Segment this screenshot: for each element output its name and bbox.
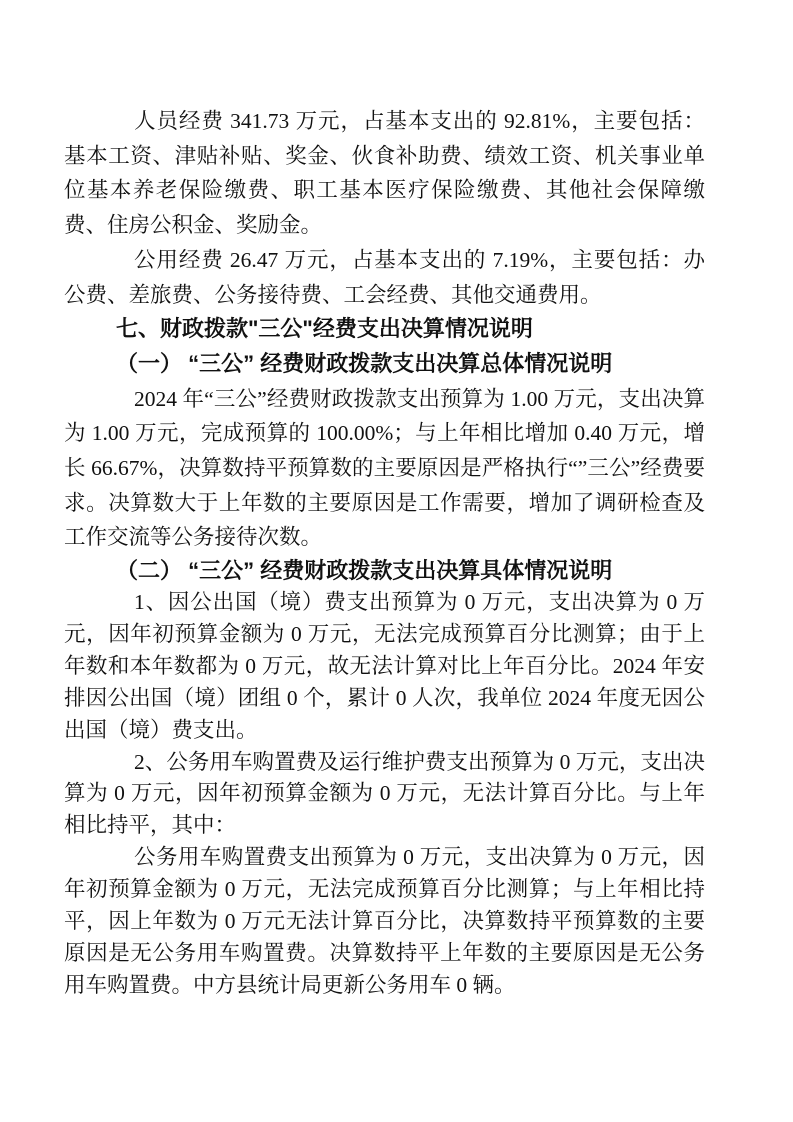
document-content: 人员经费 341.73 万元，占基本支出的 92.81%，主要包括：基本工资、津…	[64, 104, 705, 1002]
para-public-expense: 公用经费 26.47 万元，占基本支出的 7.19%，主要包括：办公费、差旅费、…	[64, 243, 705, 312]
para-official-vehicles: 2、公务用车购置费及运行维护费支出预算为 0 万元，支出决算为 0 万元，因年初…	[64, 747, 705, 843]
document-page: 人员经费 341.73 万元，占基本支出的 92.81%，主要包括：基本工资、津…	[0, 0, 793, 1122]
para-three-public-overview: 2024 年“三公”经费财政拨款支出预算为 1.00 万元，支出决算为 1.00…	[64, 382, 705, 556]
para-overseas-trips: 1、因公出国（境）费支出预算为 0 万元，支出决算为 0 万元，因年初预算金额为…	[64, 587, 705, 747]
heading-subsection-one: （一） “三公” 经费财政拨款支出决算总体情况说明	[64, 347, 705, 382]
para-vehicle-purchase: 公务用车购置费支出预算为 0 万元，支出决算为 0 万元，因年初预算金额为 0 …	[64, 842, 705, 1002]
heading-subsection-two: （二） “三公” 经费财政拨款支出决算具体情况说明	[64, 555, 705, 587]
heading-section-seven: 七、财政拨款"三公"经费支出决算情况说明	[64, 312, 705, 347]
para-personnel-expense: 人员经费 341.73 万元，占基本支出的 92.81%，主要包括：基本工资、津…	[64, 104, 705, 243]
